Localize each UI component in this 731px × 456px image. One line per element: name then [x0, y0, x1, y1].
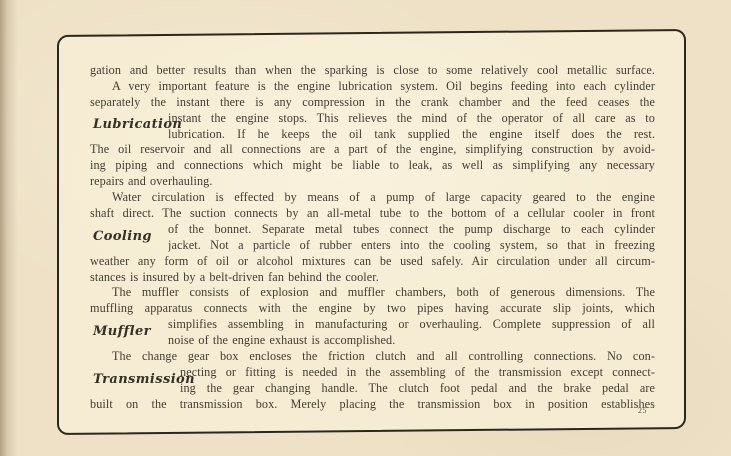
text-line: necting or fitting is needed in the asse… — [180, 365, 655, 381]
page-text-block: gation and better results than when the … — [90, 63, 655, 413]
scanned-page: gation and better results than when the … — [0, 0, 731, 456]
text-line: Water circulation is effected by means o… — [90, 190, 655, 206]
text-line: gation and better results than when the … — [90, 63, 655, 79]
page-number: 25 — [638, 406, 647, 415]
text-line: The oil reservoir and all connections ar… — [90, 142, 655, 158]
section-heading-lubrication: Lubrication — [93, 117, 182, 132]
text-line: A very important feature is the engine l… — [90, 79, 655, 95]
text-line: muffling apparatus connects with the eng… — [90, 301, 655, 317]
text-line: The muffler consists of explosion and mu… — [90, 285, 655, 301]
text-line: separately the instant there is any comp… — [90, 95, 655, 111]
text-line: jacket. Not a particle of rubber enters … — [168, 238, 655, 254]
text-line: ing the gear changing handle. The clutch… — [180, 381, 655, 397]
book-edge-shadow — [0, 0, 18, 456]
text-line: repairs and overhauling. — [90, 174, 655, 190]
text-line: of the bonnet. Separate metal tubes conn… — [168, 222, 655, 238]
text-line: instant the engine stops. This relieves … — [168, 111, 655, 127]
text-line: simplifies assembling in manufacturing o… — [168, 317, 655, 333]
text-line: weather any form of oil or alcohol mixtu… — [90, 254, 655, 270]
section-heading-cooling: Cooling — [93, 229, 152, 244]
text-line: The change gear box encloses the frictio… — [90, 349, 655, 365]
text-line: noise of the engine exhaust is accomplis… — [168, 333, 655, 349]
section-heading-muffler: Muffler — [93, 324, 151, 339]
text-line: built on the transmission box. Merely pl… — [90, 397, 655, 413]
text-line: shaft direct. The suction connects by an… — [90, 206, 655, 222]
section-heading-transmission: Transmission — [93, 372, 195, 387]
text-line: stances is insured by a belt-driven fan … — [90, 270, 655, 286]
text-line: lubrication. If he keeps the oil tank su… — [168, 127, 655, 143]
text-line: ing piping and connections which might b… — [90, 158, 655, 174]
